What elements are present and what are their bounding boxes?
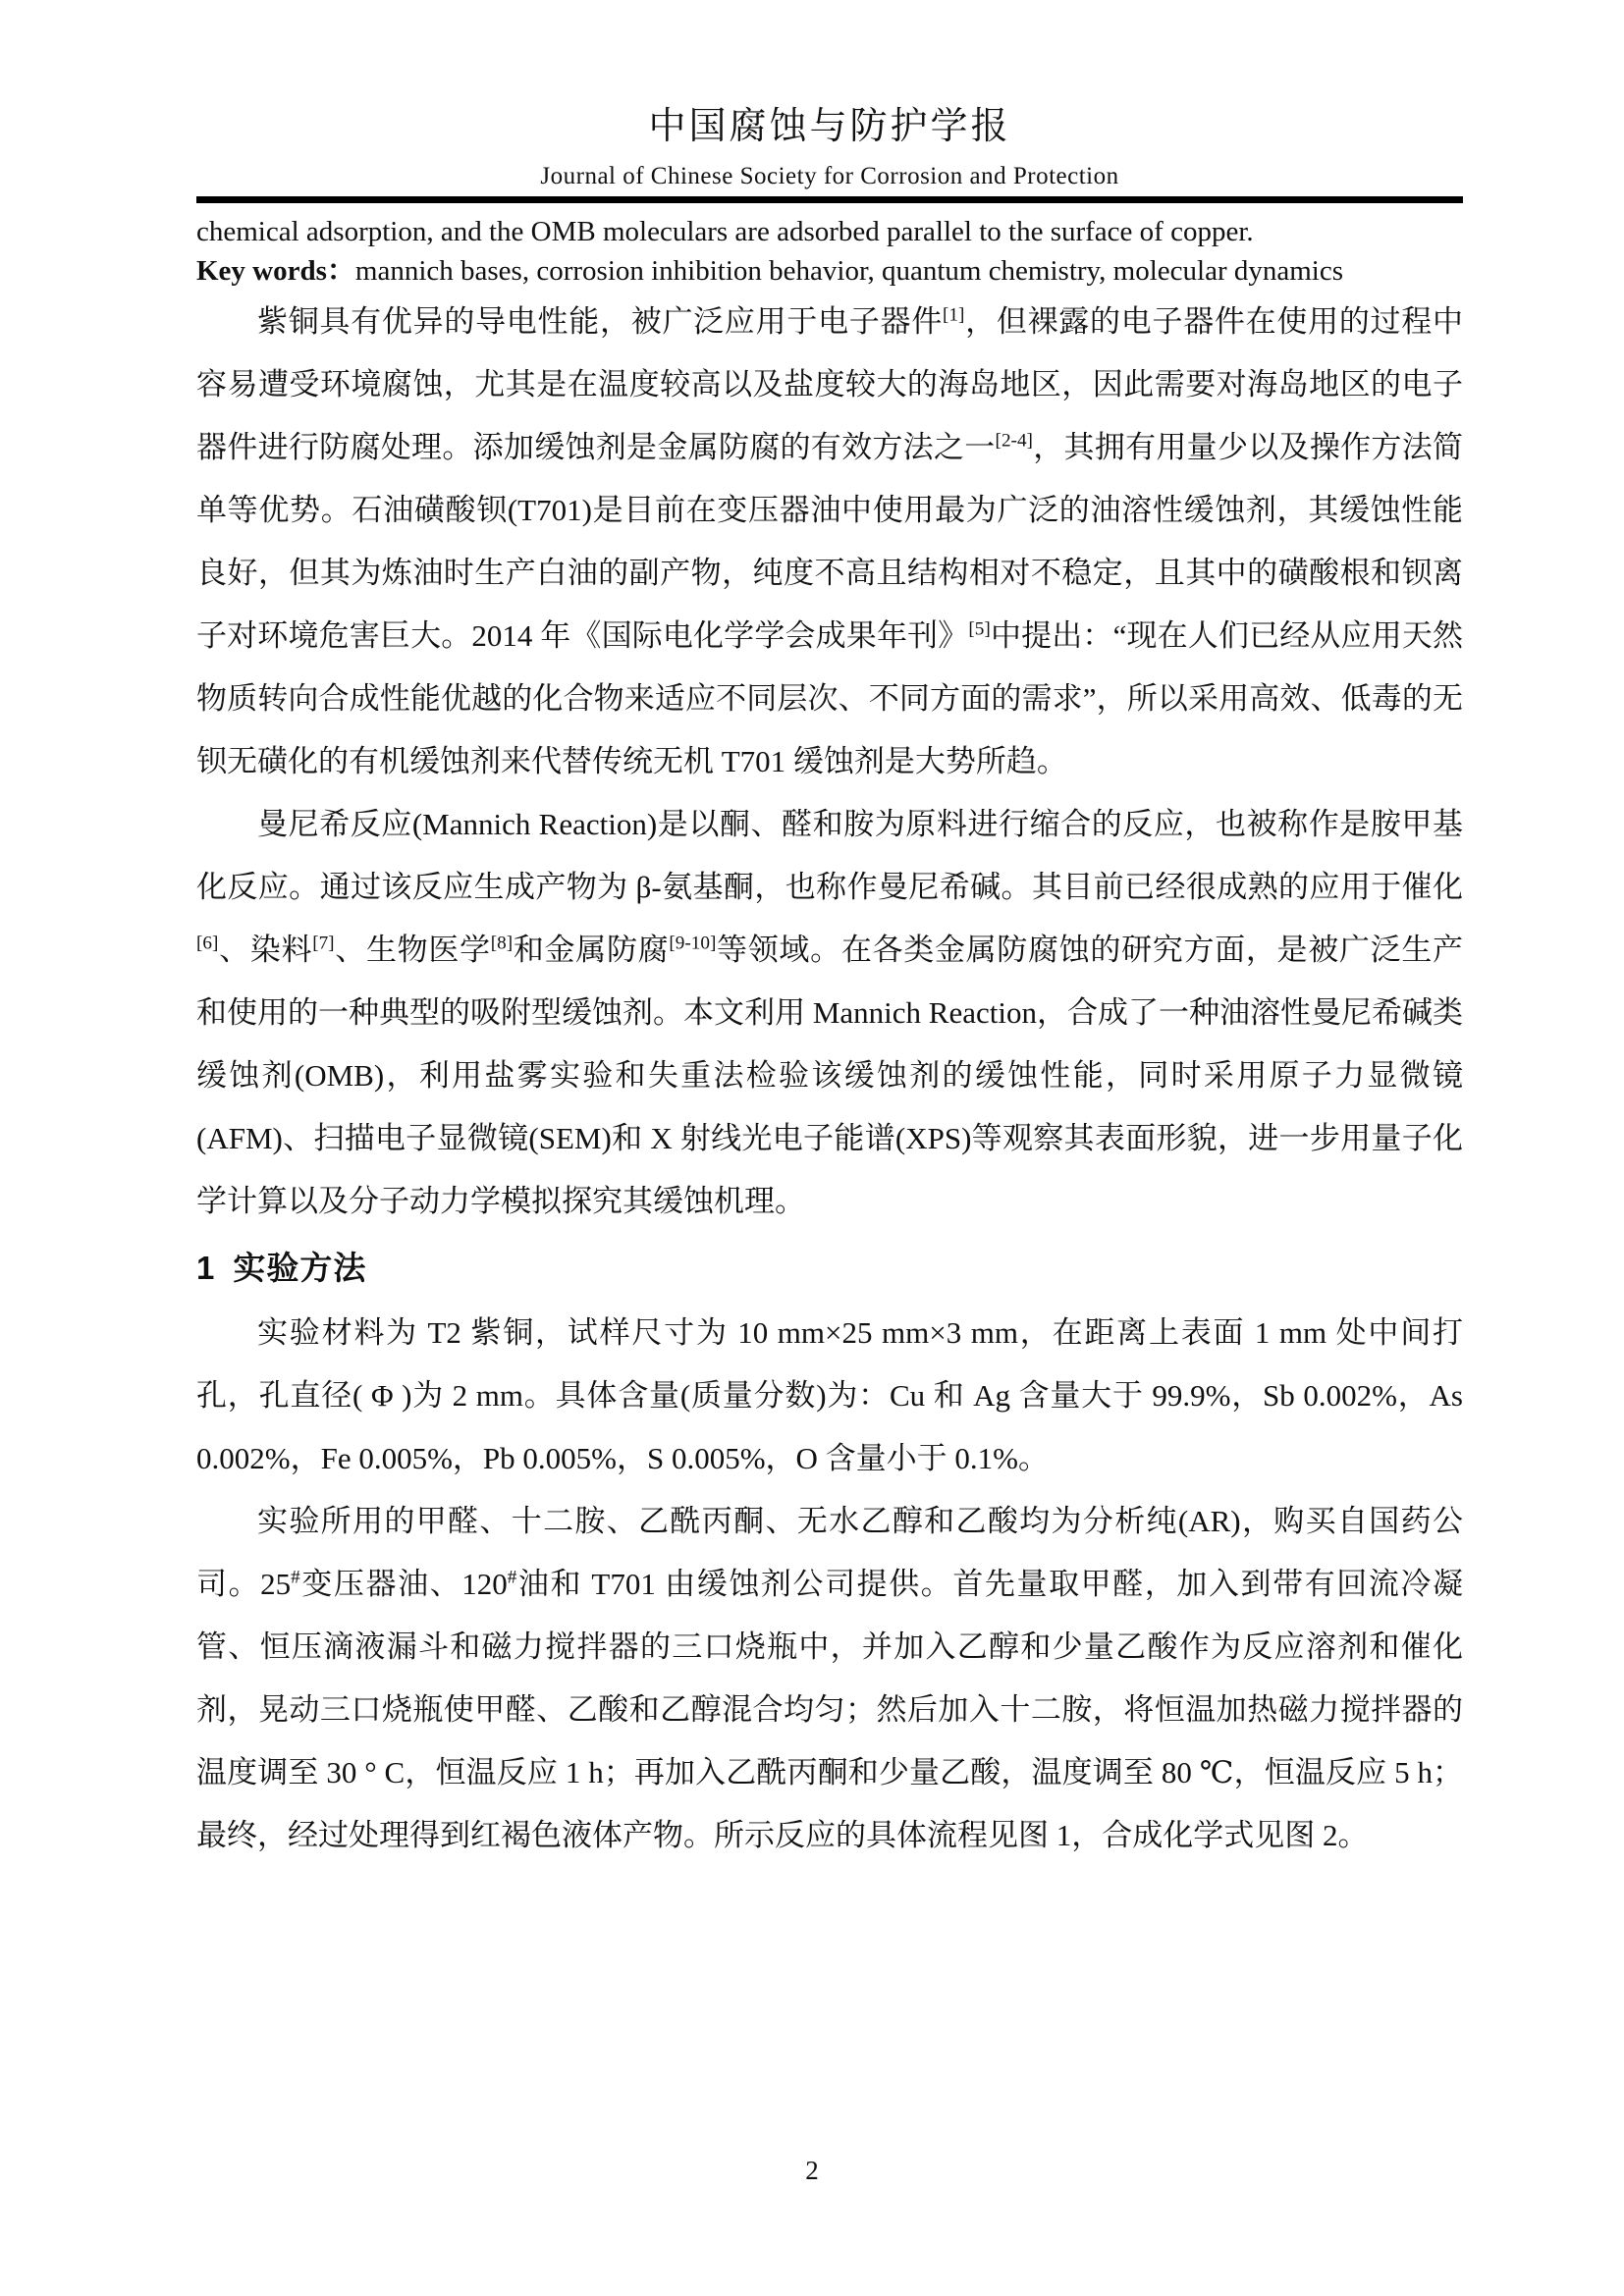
intro-paragraph-1: 紫铜具有优异的导电性能，被广泛应用于电子器件[1]，但裸露的电子器件在使用的过程… [196,291,1463,793]
abstract-continuation: chemical adsorption, and the OMB molecul… [196,212,1463,251]
page-content: 中国腐蚀与防护学报 Journal of Chinese Society for… [196,104,1463,1867]
header-divider [196,196,1463,203]
intro-paragraph-2: 曼尼希反应(Mannich Reaction)是以酮、醛和胺为原料进行缩合的反应… [196,793,1463,1233]
section-1-paragraph-1: 实验材料为 T2 紫铜，试样尺寸为 10 mm×25 mm×3 mm，在距离上表… [196,1302,1463,1490]
keywords-text: mannich bases, corrosion inhibition beha… [355,255,1343,287]
section-1-paragraph-2: 实验所用的甲醛、十二胺、乙酰丙酮、无水乙醇和乙酸均为分析纯(AR)，购买自国药公… [196,1490,1463,1867]
article-body: chemical adsorption, and the OMB molecul… [196,212,1463,1867]
paper-page: 中国腐蚀与防护学报 Journal of Chinese Society for… [0,0,1624,2296]
page-number: 2 [0,2156,1624,2185]
keywords-label: Key words： [196,255,355,287]
keywords-line: Key words：mannich bases, corrosion inhib… [196,251,1463,291]
section-1-title: 实验方法 [233,1250,366,1286]
journal-title-chinese: 中国腐蚀与防护学报 [196,104,1463,149]
journal-header: 中国腐蚀与防护学报 Journal of Chinese Society for… [196,104,1463,203]
journal-title-english: Journal of Chinese Society for Corrosion… [196,162,1463,191]
section-1-number: 1 [196,1250,215,1286]
section-1-heading: 1实验方法 [196,1237,1463,1300]
